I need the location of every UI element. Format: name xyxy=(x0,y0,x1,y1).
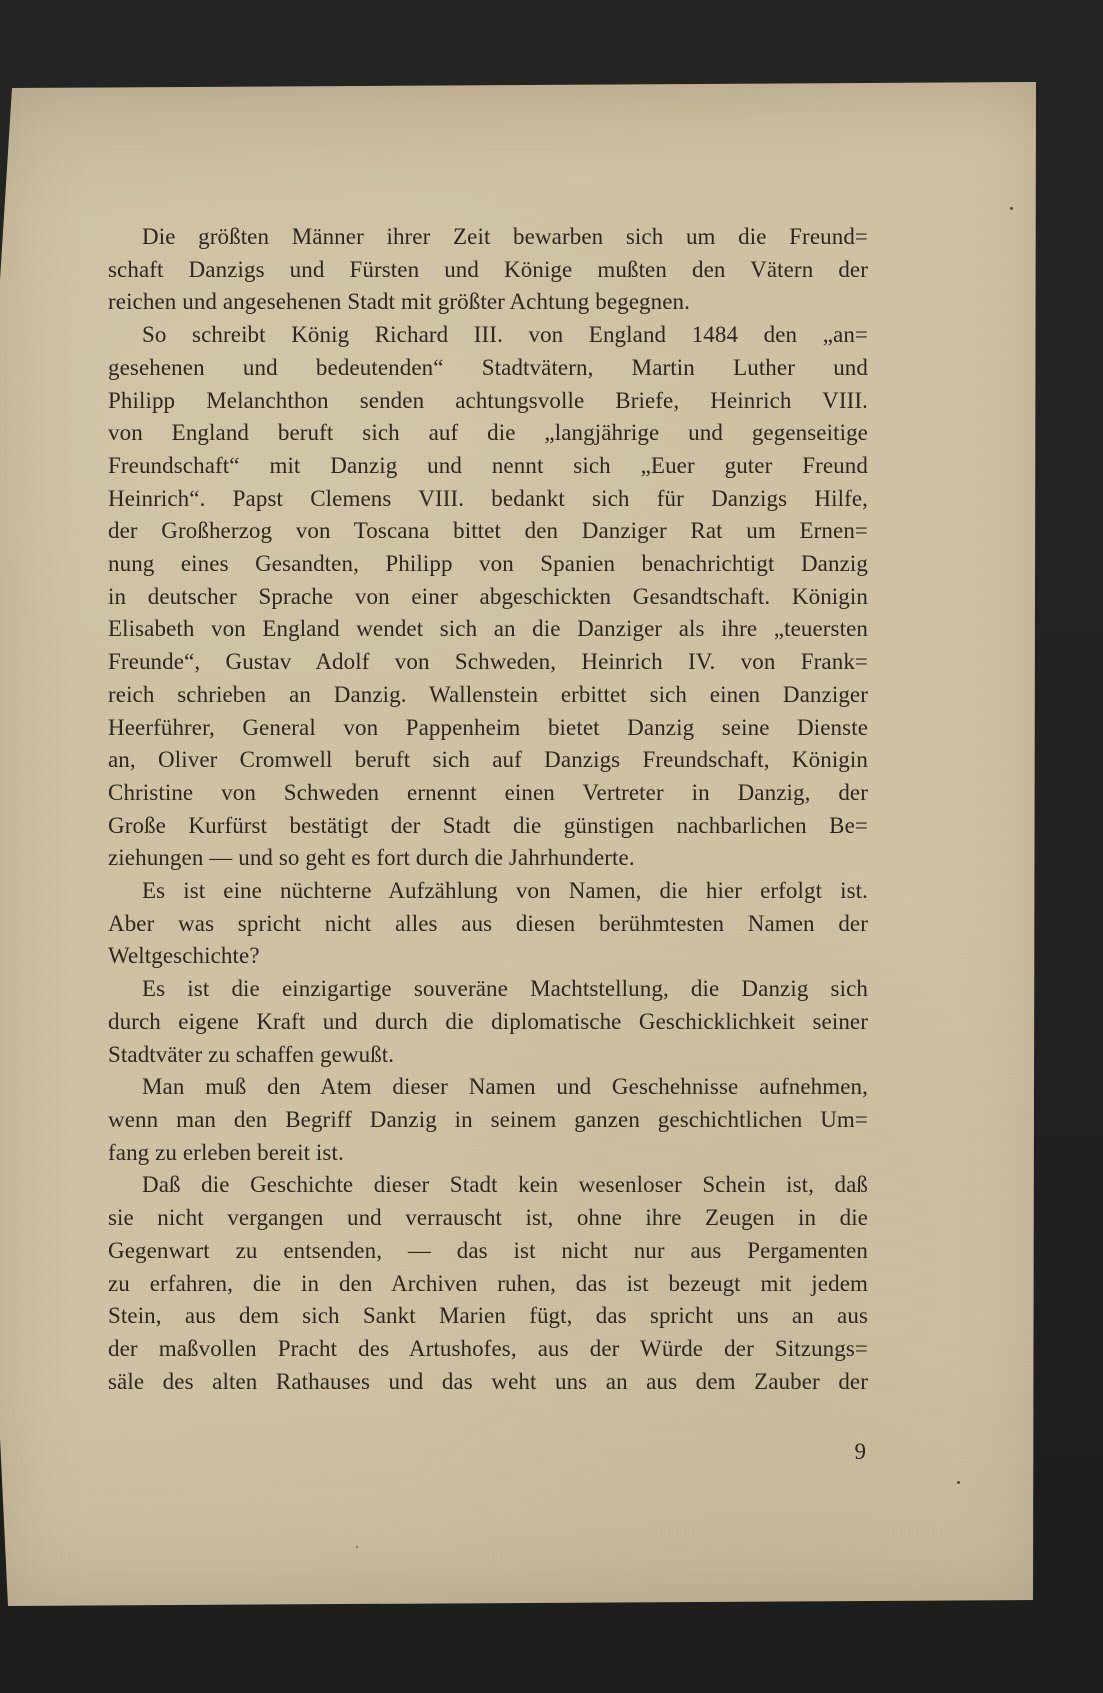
text-line: Gegenwart zu entsenden, — das ist nicht … xyxy=(108,1235,868,1268)
text-line: So schreibt König Richard III. von Engla… xyxy=(108,319,868,352)
paragraph: So schreibt König Richard III. von Engla… xyxy=(108,319,868,875)
text-line: der Großherzog von Toscana bittet den Da… xyxy=(108,515,868,548)
dust-speck xyxy=(1010,207,1013,210)
text-line: der maßvollen Pracht des Artushofes, aus… xyxy=(108,1333,868,1366)
text-line: Man muß den Atem dieser Namen und Gesche… xyxy=(108,1071,868,1104)
text-line: Die größten Männer ihrer Zeit bewarben s… xyxy=(108,221,868,254)
text-line: Daß die Geschichte dieser Stadt kein wes… xyxy=(108,1169,868,1202)
paragraph: Es ist die einzigartige souveräne Machts… xyxy=(108,973,868,1071)
text-line: wenn man den Begriff Danzig in seinem ga… xyxy=(108,1104,868,1137)
page-number: 9 xyxy=(108,1437,869,1467)
text-line: nung eines Gesandten, Philipp von Spanie… xyxy=(108,548,868,581)
text-line: sie nicht vergangen und verrauscht ist, … xyxy=(108,1202,868,1235)
text-line: Freunde“, Gustav Adolf von Schweden, Hei… xyxy=(108,646,868,679)
text-line: Heinrich“. Papst Clemens VIII. bedankt s… xyxy=(108,483,868,516)
text-block: Die größten Männer ihrer Zeit bewarben s… xyxy=(108,221,868,1398)
text-line: Stein, aus dem sich Sankt Marien fügt, d… xyxy=(108,1300,868,1333)
text-line: Weltgeschichte? xyxy=(108,940,868,973)
text-line: Es ist die einzigartige souveräne Machts… xyxy=(108,973,868,1006)
text-line: Stadtväter zu schaffen gewußt. xyxy=(108,1039,868,1072)
text-line: von England beruft sich auf die „langjäh… xyxy=(108,417,868,450)
book-page: Die größten Männer ihrer Zeit bewarben s… xyxy=(0,82,1041,1606)
dust-speck xyxy=(356,1546,358,1548)
paragraph: Daß die Geschichte dieser Stadt kein wes… xyxy=(108,1169,868,1398)
text-line: schaft Danzigs und Fürsten und Könige mu… xyxy=(108,254,868,287)
dust-speck xyxy=(957,1481,960,1484)
text-line: Es ist eine nüchterne Aufzählung von Nam… xyxy=(108,875,868,908)
paragraph: Es ist eine nüchterne Aufzählung von Nam… xyxy=(108,875,868,973)
scan-background: Die größten Männer ihrer Zeit bewarben s… xyxy=(0,0,1103,1693)
text-line: an, Oliver Cromwell beruft sich auf Danz… xyxy=(108,744,868,777)
text-line: zu erfahren, die in den Archiven ruhen, … xyxy=(108,1268,868,1301)
text-line: Christine von Schweden ernennt einen Ver… xyxy=(108,777,868,810)
text-line: Große Kurfürst bestätigt der Stadt die g… xyxy=(108,810,868,843)
text-line: säle des alten Rathauses und das weht un… xyxy=(108,1366,868,1399)
text-line: durch eigene Kraft und durch die diploma… xyxy=(108,1006,868,1039)
text-line: Heerführer, General von Pappenheim biete… xyxy=(108,712,868,745)
text-line: fang zu erleben bereit ist. xyxy=(108,1137,868,1170)
text-line: ziehungen — und so geht es fort durch di… xyxy=(108,842,868,875)
text-line: reichen und angesehenen Stadt mit größte… xyxy=(108,286,868,319)
text-line: Freundschaft“ mit Danzig und nennt sich … xyxy=(108,450,868,483)
paragraph: Man muß den Atem dieser Namen und Gesche… xyxy=(108,1071,868,1169)
paragraph: Die größten Männer ihrer Zeit bewarben s… xyxy=(108,221,868,319)
text-line: gesehenen und bedeutenden“ Stadtvätern, … xyxy=(108,352,868,385)
text-line: Elisabeth von England wendet sich an die… xyxy=(108,613,868,646)
text-line: reich schrieben an Danzig. Wallenstein e… xyxy=(108,679,868,712)
text-line: Philipp Melanchthon senden achtungsvolle… xyxy=(108,385,868,418)
text-line: in deutscher Sprache von einer abgeschic… xyxy=(108,581,868,614)
text-line: Aber was spricht nicht alles aus diesen … xyxy=(108,908,868,941)
